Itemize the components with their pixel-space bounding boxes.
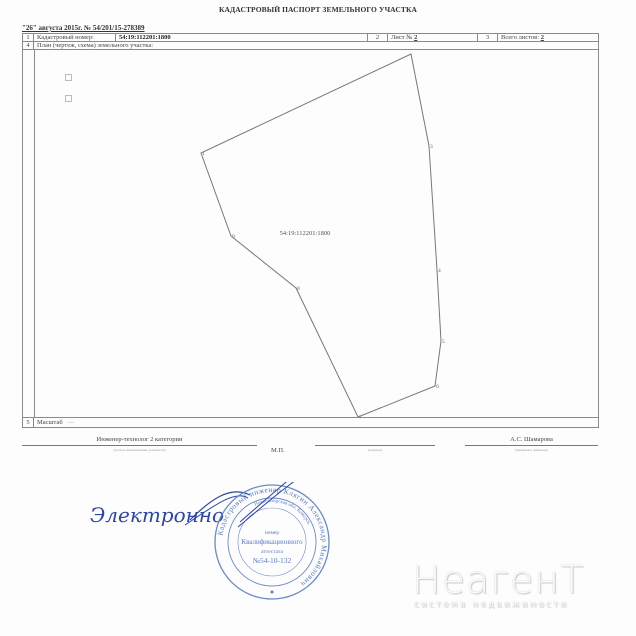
signature-caption: (подпись) <box>315 448 435 452</box>
seal-place-label: М.П. <box>271 447 285 454</box>
table-row-plan-header: 4 План (чертеж, схема) земельного участк… <box>23 42 598 50</box>
svg-text:№54-10-132: №54-10-132 <box>253 556 292 565</box>
total-sheets: Всего листов: 2 <box>498 34 598 41</box>
svg-text:номер: номер <box>265 530 280 536</box>
sheet-number-label: Лист № <box>391 34 412 41</box>
signature-block: (подпись) <box>315 436 435 452</box>
signature-line <box>315 436 435 446</box>
watermark-brand: НеагенТ <box>412 560 584 600</box>
seal-stamp: Кадастровый инженер Клягин Александр Мих… <box>212 482 332 602</box>
watermark-tagline: система недвижимости <box>414 600 584 610</box>
parcel-point-label: 1 <box>202 151 205 157</box>
cadastral-number-label: Кадастровый номер: <box>34 34 116 41</box>
parcel-plan: 13456789 54:19:112201:1800 <box>23 50 600 419</box>
position-caption: (полное наименование должности) <box>22 448 257 452</box>
cadastral-number-value: 54:19:112201:1800 <box>116 34 368 41</box>
table-row-cadastral-number: 1 Кадастровый номер: 54:19:112201:1800 2… <box>23 34 598 42</box>
table-row-scale: 5 Масштаб — <box>23 417 598 427</box>
row-number: 4 <box>23 42 34 49</box>
name-block: А.С. Шамарова (инициалы, фамилия) <box>465 436 598 452</box>
position-text: Инженер-технолог 2 категории <box>22 436 257 446</box>
parcel-point-label: 5 <box>442 339 445 345</box>
scale-field: Масштаб — <box>34 418 598 427</box>
total-index: 3 <box>478 34 498 41</box>
sheet-index: 2 <box>368 34 388 41</box>
row-number: 5 <box>23 418 34 427</box>
scale-value: — <box>68 419 75 426</box>
parcel-cadastral-label: 54:19:112201:1800 <box>280 230 331 237</box>
total-sheets-value: 2 <box>541 34 544 41</box>
plan-drawing-area: 13456789 54:19:112201:1800 <box>23 50 598 417</box>
parcel-point-label: 9 <box>232 234 235 240</box>
svg-text:аттестата: аттестата <box>261 549 283 555</box>
parcel-point-label: 3 <box>430 144 433 150</box>
name-caption: (инициалы, фамилия) <box>465 448 598 452</box>
document-date-number: "26" августа 2015г. № 54/201/15-278389 <box>22 24 145 32</box>
sheet-number-value: 2 <box>414 34 417 41</box>
cadastral-table: 1 Кадастровый номер: 54:19:112201:1800 2… <box>22 33 599 428</box>
position-block: Инженер-технолог 2 категории (полное наи… <box>22 436 257 452</box>
total-sheets-label: Всего листов: <box>501 34 539 41</box>
parcel-point-label: 8 <box>297 286 300 292</box>
scale-label: Масштаб <box>37 419 63 426</box>
watermark: НеагенТ система недвижимости <box>412 560 584 610</box>
signer-name: А.С. Шамарова <box>465 436 598 446</box>
plan-label: План (чертеж, схема) земельного участка: <box>34 42 598 49</box>
row-number: 1 <box>23 34 34 41</box>
sheet-number: Лист № 2 <box>388 34 478 41</box>
document-title: КАДАСТРОВЫЙ ПАСПОРТ ЗЕМЕЛЬНОГО УЧАСТКА <box>0 5 636 14</box>
parcel-point-label: 4 <box>438 268 441 274</box>
parcel-point-label: 6 <box>436 384 439 390</box>
svg-text:Квалификационного: Квалификационного <box>241 538 303 546</box>
